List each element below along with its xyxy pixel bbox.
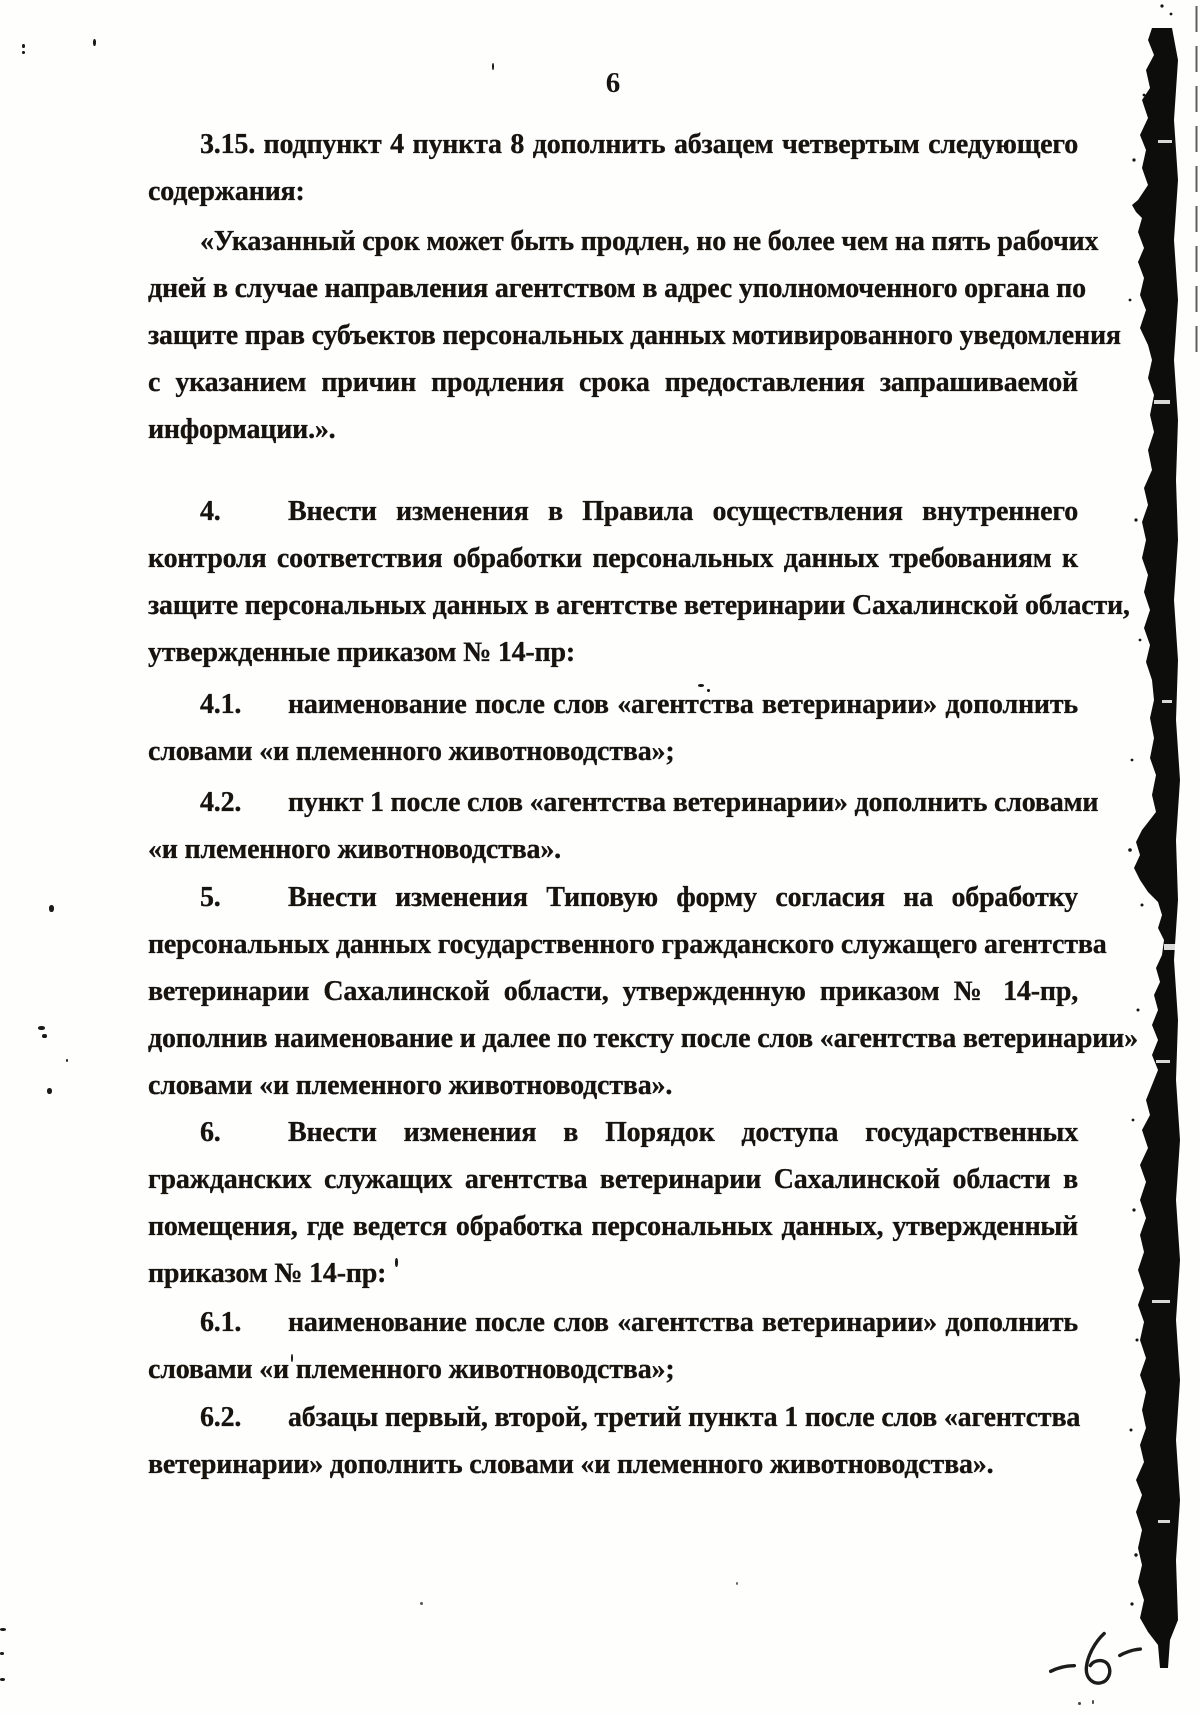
- scan-speck: [0, 1652, 4, 1655]
- paragraph-quote: «Указанный срок может быть продлен, но н…: [148, 218, 1078, 453]
- text-segment: пункт 1 после слов «агентства ветеринари…: [288, 787, 1098, 818]
- text-line: приказом № 14-пр:: [148, 1250, 1078, 1297]
- scan-speck: [0, 1628, 6, 1631]
- paragraph-4: 4.Внести изменения в Правила осуществлен…: [148, 488, 1078, 676]
- text-line: дней в случае направления агентством в а…: [148, 265, 1078, 312]
- text-line: защите персональных данных в агентстве в…: [148, 582, 1078, 629]
- handwritten-page-mark: [1044, 1626, 1152, 1693]
- text-segment: наименование после слов «агентства ветер…: [288, 689, 1078, 720]
- scan-binding-artifact: [1128, 0, 1200, 1714]
- text-line: ветеринарии Сахалинской области, утвержд…: [148, 968, 1078, 1015]
- scan-speck: [492, 63, 494, 70]
- paragraph-4-2: 4.2.пункт 1 после слов «агентства ветери…: [148, 779, 1078, 873]
- text-line: персональных данных государственного гра…: [148, 921, 1078, 968]
- page-number: 6: [148, 66, 1078, 100]
- text-line: 5.Внести изменения Типовую форму согласи…: [148, 874, 1078, 921]
- text-line: защите прав субъектов персональных данны…: [148, 312, 1078, 359]
- scan-speck: [47, 1088, 52, 1094]
- scan-speck: [736, 1582, 738, 1585]
- scan-speck: [42, 1034, 47, 1038]
- paragraph-3-15: 3.15. подпункт 4 пункта 8 дополнить абза…: [148, 121, 1078, 215]
- scan-speck: [49, 905, 54, 912]
- text-segment: наименование после слов «агентства ветер…: [288, 1307, 1078, 1338]
- paragraph-6: 6.Внести изменения в Порядок доступа гос…: [148, 1109, 1078, 1297]
- item-number: 6.2.: [200, 1394, 288, 1441]
- text-line: 4.Внести изменения в Правила осуществлен…: [148, 488, 1078, 535]
- scan-speck: [93, 39, 96, 46]
- text-line: помещения, где ведется обработка персона…: [148, 1203, 1078, 1250]
- text-line: утвержденные приказом № 14-пр:: [148, 629, 1078, 676]
- text-line: 4.2.пункт 1 после слов «агентства ветери…: [148, 779, 1078, 826]
- scan-speck: [395, 1258, 398, 1267]
- scan-speck: [66, 1059, 68, 1062]
- paragraph-6-1: 6.1.наименование после слов «агентства в…: [148, 1299, 1078, 1393]
- scan-speck: [1092, 1700, 1094, 1704]
- text-line: содержания:: [148, 168, 1078, 215]
- scan-speck: [698, 684, 704, 687]
- paragraph-6-2: 6.2.абзацы первый, второй, третий пункта…: [148, 1394, 1078, 1488]
- paragraph-5: 5.Внести изменения Типовую форму согласи…: [148, 874, 1078, 1109]
- document-body: 3.15. подпункт 4 пункта 8 дополнить абза…: [148, 121, 1078, 1488]
- item-number: 5.: [200, 874, 288, 921]
- text-line: 6.2.абзацы первый, второй, третий пункта…: [148, 1394, 1078, 1441]
- scanned-document-page: 6 3.15. подпункт 4 пункта 8 дополнить аб…: [0, 0, 1200, 1714]
- scan-speck: [420, 1602, 423, 1605]
- text-line: контроля соответствия обработки персонал…: [148, 535, 1078, 582]
- paragraph-4-1: 4.1.наименование после слов «агентства в…: [148, 681, 1078, 775]
- text-line: словами «и племенного животноводства».: [148, 1062, 1078, 1109]
- item-number: 4.2.: [200, 779, 288, 826]
- text-segment: абзацы первый, второй, третий пункта 1 п…: [288, 1402, 1080, 1433]
- text-line: с указанием причин продления срока предо…: [148, 359, 1078, 406]
- text-line: 6.Внести изменения в Порядок доступа гос…: [148, 1109, 1078, 1156]
- scan-speck: [22, 44, 25, 48]
- text-segment: Внести изменения в Порядок доступа госуд…: [288, 1117, 1078, 1148]
- text-line: гражданских служащих агентства ветеринар…: [148, 1156, 1078, 1203]
- item-number: 4.1.: [200, 681, 288, 728]
- text-line: ветеринарии» дополнить словами «и племен…: [148, 1441, 1078, 1488]
- text-line: «Указанный срок может быть продлен, но н…: [148, 218, 1078, 265]
- text-segment: Внести изменения Типовую форму согласия …: [288, 882, 1078, 913]
- text-line: «и племенного животноводства».: [148, 826, 1078, 873]
- text-line: словами «и племенного животноводства»;: [148, 728, 1078, 775]
- scan-speck: [707, 689, 710, 692]
- item-number: 6.: [200, 1109, 288, 1156]
- scan-speck: [291, 1354, 293, 1362]
- scan-speck: [22, 51, 25, 54]
- scan-speck: [0, 1678, 5, 1681]
- scan-speck: [38, 1026, 45, 1030]
- text-line: 6.1.наименование после слов «агентства в…: [148, 1299, 1078, 1346]
- text-line: 3.15. подпункт 4 пункта 8 дополнить абза…: [148, 121, 1078, 168]
- text-line: дополнив наименование и далее по тексту …: [148, 1015, 1078, 1062]
- text-segment: Внести изменения в Правила осуществления…: [288, 496, 1078, 527]
- item-number: 4.: [200, 488, 288, 535]
- item-number: 6.1.: [200, 1299, 288, 1346]
- text-line: 4.1.наименование после слов «агентства в…: [148, 681, 1078, 728]
- text-line: информации.».: [148, 406, 1078, 453]
- scan-speck: [1078, 1702, 1081, 1705]
- text-line: словами «и племенного животноводства»;: [148, 1346, 1078, 1393]
